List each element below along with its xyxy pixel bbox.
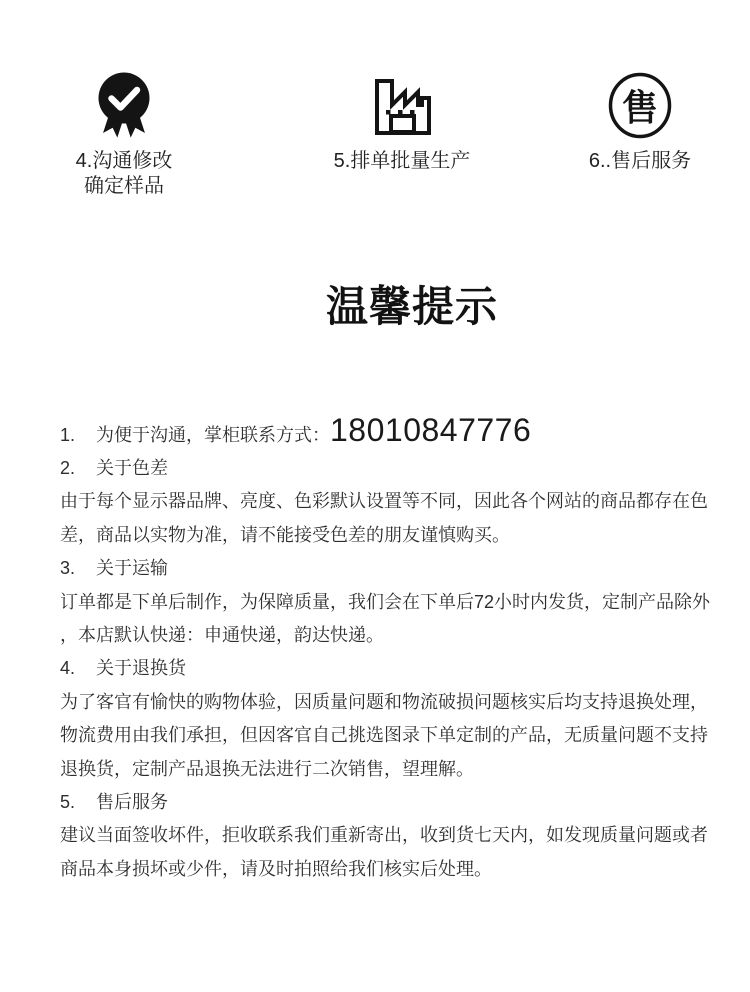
list-number: 2. [60,452,96,485]
heading-text: 售后服务 [96,792,168,812]
body-line: 订单都是下单后制作，为保障质量，我们会在下单后72小时内发货，定制产品除外 [60,586,720,619]
notice-list: 1. 为便于沟通，掌柜联系方式： 18010847776 2.关于色差 由于每个… [60,408,720,886]
body-line: ，本店默认快递：申通快递，韵达快递。 [60,619,720,652]
section-heading: 2.关于色差 [60,452,720,485]
heading-text: 关于退换货 [96,658,186,678]
feature-row: 4.沟通修改 确定样品 5.排单批量生产 [0,70,750,210]
body-line: 建议当面签收坏件，拒收联系我们重新寄出，收到货七天内，如发现质量问题或者 [60,819,720,852]
list-number: 4. [60,652,96,685]
body-line: 差，商品以实物为准，请不能接受色差的朋友谨慎购买。 [60,519,720,552]
feature-label-line: 4.沟通修改 [24,149,224,174]
feature-after-sales: 售 6..售后服务 [540,70,740,174]
section-heading: 5.售后服务 [60,786,720,819]
feature-label: 6..售后服务 [540,149,740,174]
heading-text: 关于运输 [96,558,168,578]
product-notice-page: 4.沟通修改 确定样品 5.排单批量生产 [0,0,750,992]
feature-label: 4.沟通修改 确定样品 [24,149,224,199]
medal-check-icon [24,70,224,140]
feature-label: 5.排单批量生产 [302,149,502,174]
list-number: 5. [60,786,96,819]
body-line: 商品本身损坏或少件，请及时拍照给我们核实后处理。 [60,853,720,886]
body-line: 由于每个显示器品牌、亮度、色彩默认设置等不同，因此各个网站的商品都存在色 [60,485,720,518]
feature-label-line: 5.排单批量生产 [302,149,502,174]
after-sales-seal-icon: 售 [540,70,740,140]
contact-row: 1. 为便于沟通，掌柜联系方式： 18010847776 [60,408,720,452]
section-heading: 3.关于运输 [60,552,720,585]
seal-character: 售 [608,73,672,138]
body-line: 物流费用由我们承担，但因客官自己挑选图录下单定制的产品，无质量问题不支持 [60,719,720,752]
contact-phone-number: 18010847776 [330,408,531,452]
contact-text: 为便于沟通，掌柜联系方式： [96,413,330,457]
factory-icon [302,70,502,140]
feature-sample-confirm: 4.沟通修改 确定样品 [24,70,224,199]
heading-text: 关于色差 [96,458,168,478]
feature-batch-production: 5.排单批量生产 [302,70,502,174]
body-line: 为了客官有愉快的购物体验，因质量问题和物流破损问题核实后均支持退换处理， [60,686,720,719]
section-heading: 4.关于退换货 [60,652,720,685]
feature-label-line: 6..售后服务 [540,149,740,174]
list-number: 3. [60,552,96,585]
body-line: 退换货，定制产品退换无法进行二次销售，望理解。 [60,753,720,786]
page-title: 温馨提示 [37,283,750,331]
feature-label-line: 确定样品 [24,174,224,199]
list-number: 1. [60,413,96,457]
